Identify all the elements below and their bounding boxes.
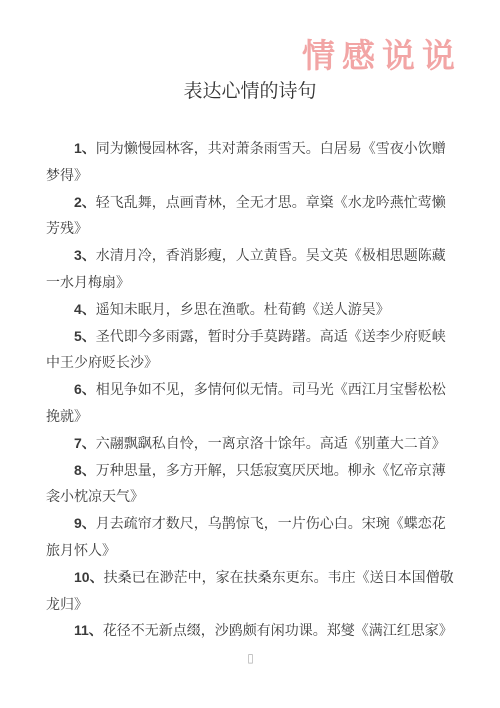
list-item: 7、六翮飘飖私自怜，一离京洛十馀年。高适《别董大二首》 (46, 430, 455, 457)
item-text: 花径不无新点缀，沙鸥颇有闲功课。郑燮《满江红思家》 (103, 622, 453, 638)
item-number: 3、 (74, 247, 96, 263)
item-number: 4、 (74, 301, 96, 317)
item-text: 万种思量，多方开解，只恁寂寞厌厌地。柳永《忆帝京薄衾小枕凉天气》 (46, 462, 446, 505)
item-number: 7、 (74, 435, 96, 451)
list-item: 3、水清月冷，香消影瘦，人立黄昏。吴文英《极相思题陈藏一水月梅扇》 (46, 242, 455, 296)
item-number: 2、 (74, 194, 96, 210)
item-number: 8、 (74, 462, 96, 478)
item-text: 扶桑已在渺茫中，家在扶桑东更东。韦庄《送日本国僧敬龙归》 (46, 569, 454, 612)
unknown-char-glyph: ▯ (247, 651, 254, 665)
page-title: 表达心情的诗句 (0, 76, 500, 103)
item-text: 相见争如不见，多情何似无情。司马光《西江月宝髻松松挽就》 (46, 381, 446, 424)
item-number: 1、 (74, 140, 96, 156)
list-item: 6、相见争如不见，多情何似无情。司马光《西江月宝髻松松挽就》 (46, 376, 455, 430)
list-item: 1、同为懒慢园林客，共对萧条雨雪天。白居易《雪夜小饮赠梦得》 (46, 135, 455, 189)
item-number: 5、 (74, 328, 96, 344)
footer-line: ▯ (46, 644, 455, 672)
item-text: 轻飞乱舞，点画青林，全无才思。章楶《水龙吟燕忙莺懒芳残》 (46, 194, 446, 237)
watermark-logo: 情感说说 (302, 30, 462, 77)
list-item: 9、月去疏帘才数尺，乌鹊惊飞，一片伤心白。宋琬《蝶恋花旅月怀人》 (46, 510, 455, 564)
item-text: 六翮飘飖私自怜，一离京洛十馀年。高适《别董大二首》 (96, 435, 446, 451)
item-number: 9、 (74, 515, 96, 531)
item-number: 10、 (74, 569, 104, 585)
list-item: 10、扶桑已在渺茫中，家在扶桑东更东。韦庄《送日本国僧敬龙归》 (46, 564, 455, 618)
list-item: 11、花径不无新点缀，沙鸥颇有闲功课。郑燮《满江红思家》 (46, 617, 455, 644)
list-item: 5、圣代即今多雨露，暂时分手莫踌躇。高适《送李少府贬峡中王少府贬长沙》 (46, 323, 455, 377)
item-number: 11、 (74, 622, 103, 638)
list-item: 2、轻飞乱舞，点画青林，全无才思。章楶《水龙吟燕忙莺懒芳残》 (46, 189, 455, 243)
item-text: 月去疏帘才数尺，乌鹊惊飞，一片伤心白。宋琬《蝶恋花旅月怀人》 (46, 515, 446, 558)
list-item: 4、遥知未眠月，乡思在渔歌。杜荀鹤《送人游吴》 (46, 296, 455, 323)
item-text: 同为懒慢园林客，共对萧条雨雪天。白居易《雪夜小饮赠梦得》 (46, 140, 446, 183)
item-number: 6、 (74, 381, 96, 397)
item-text: 遥知未眠月，乡思在渔歌。杜荀鹤《送人游吴》 (96, 301, 390, 317)
poem-list: 1、同为懒慢园林客，共对萧条雨雪天。白居易《雪夜小饮赠梦得》 2、轻飞乱舞，点画… (46, 135, 455, 672)
list-item: 8、万种思量，多方开解，只恁寂寞厌厌地。柳永《忆帝京薄衾小枕凉天气》 (46, 457, 455, 511)
document-page: 情感说说 表达心情的诗句 1、同为懒慢园林客，共对萧条雨雪天。白居易《雪夜小饮赠… (0, 0, 500, 708)
item-text: 圣代即今多雨露，暂时分手莫踌躇。高适《送李少府贬峡中王少府贬长沙》 (46, 328, 446, 371)
item-text: 水清月冷，香消影瘦，人立黄昏。吴文英《极相思题陈藏一水月梅扇》 (46, 247, 446, 290)
